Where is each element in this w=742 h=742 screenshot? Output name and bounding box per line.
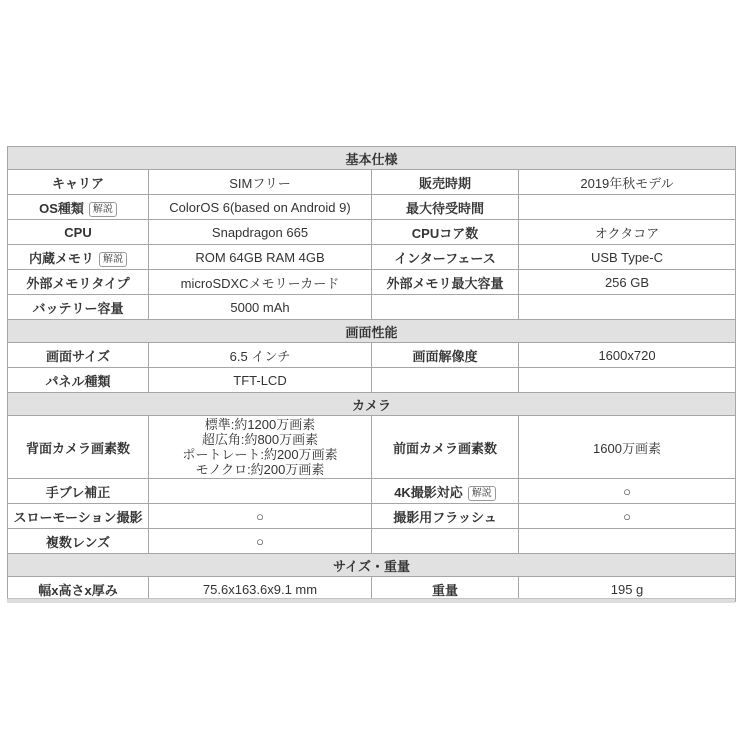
spec-value-empty <box>519 368 736 393</box>
spec-label-battery: バッテリー容量 <box>8 295 149 320</box>
spec-label-stabilization: 手ブレ補正 <box>8 479 149 504</box>
spec-label-empty <box>372 368 519 393</box>
spec-value-empty <box>519 295 736 320</box>
help-button-os[interactable]: 解説 <box>89 202 117 217</box>
spec-value-screen-size: 6.5 インチ <box>149 343 372 368</box>
spec-label-memory-text: 内蔵メモリ <box>29 251 94 266</box>
table-row: 複数レンズ ○ <box>8 529 736 554</box>
section-header-row: 基本仕様 <box>8 147 736 170</box>
spec-value-4k: ○ <box>519 479 736 504</box>
table-row: パネル種類 TFT-LCD <box>8 368 736 393</box>
spec-label-front-camera: 前面カメラ画素数 <box>372 416 519 479</box>
spec-value-resolution: 1600x720 <box>519 343 736 368</box>
spec-label-standby: 最大待受時間 <box>372 195 519 220</box>
spec-label-ext-memory-type: 外部メモリタイプ <box>8 270 149 295</box>
spec-table: 基本仕様 キャリア SIMフリー 販売時期 2019年秋モデル OS種類解説 C… <box>7 146 736 602</box>
spec-label-os-text: OS種類 <box>39 201 84 216</box>
spec-label-4k: 4K撮影対応解説 <box>372 479 519 504</box>
spec-value-stabilization <box>149 479 372 504</box>
spec-label-os: OS種類解説 <box>8 195 149 220</box>
spec-label-flash: 撮影用フラッシュ <box>372 504 519 529</box>
spec-label-empty <box>372 295 519 320</box>
spec-value-cpu-cores: オクタコア <box>519 220 736 245</box>
table-row: OS種類解説 ColorOS 6(based on Android 9) 最大待… <box>8 195 736 220</box>
spec-value-slow-motion: ○ <box>149 504 372 529</box>
spec-label-4k-text: 4K撮影対応 <box>394 485 463 500</box>
spec-label-ext-memory-max: 外部メモリ最大容量 <box>372 270 519 295</box>
spec-value-ext-memory-type: microSDXCメモリーカード <box>149 270 372 295</box>
spec-label-memory: 内蔵メモリ解説 <box>8 245 149 270</box>
section-header-display: 画面性能 <box>8 320 736 343</box>
spec-label-screen-size: 画面サイズ <box>8 343 149 368</box>
spec-label-cpu: CPU <box>8 220 149 245</box>
spec-value-front-camera: 1600万画素 <box>519 416 736 479</box>
spec-value-multi-lens: ○ <box>149 529 372 554</box>
spec-label-interface: インターフェース <box>372 245 519 270</box>
spec-value-battery: 5000 mAh <box>149 295 372 320</box>
spec-value-carrier: SIMフリー <box>149 170 372 195</box>
spec-label-carrier: キャリア <box>8 170 149 195</box>
spec-label-multi-lens: 複数レンズ <box>8 529 149 554</box>
table-row: 外部メモリタイプ microSDXCメモリーカード 外部メモリ最大容量 256 … <box>8 270 736 295</box>
spec-label-slow-motion: スローモーション撮影 <box>8 504 149 529</box>
spec-value-cpu: Snapdragon 665 <box>149 220 372 245</box>
section-header-basic: 基本仕様 <box>8 147 736 170</box>
help-button-4k[interactable]: 解説 <box>468 486 496 501</box>
spec-label-resolution: 画面解像度 <box>372 343 519 368</box>
table-row: 手ブレ補正 4K撮影対応解説 ○ <box>8 479 736 504</box>
page: 基本仕様 キャリア SIMフリー 販売時期 2019年秋モデル OS種類解説 C… <box>0 0 742 742</box>
spec-value-standby <box>519 195 736 220</box>
spec-label-cpu-cores: CPUコア数 <box>372 220 519 245</box>
table-bottom-bar <box>7 598 735 603</box>
spec-label-release: 販売時期 <box>372 170 519 195</box>
table-row: 画面サイズ 6.5 インチ 画面解像度 1600x720 <box>8 343 736 368</box>
spec-value-memory: ROM 64GB RAM 4GB <box>149 245 372 270</box>
section-header-size: サイズ・重量 <box>8 554 736 577</box>
table-row: バッテリー容量 5000 mAh <box>8 295 736 320</box>
spec-value-release: 2019年秋モデル <box>519 170 736 195</box>
section-header-row: カメラ <box>8 393 736 416</box>
section-header-row: 画面性能 <box>8 320 736 343</box>
table-row: CPU Snapdragon 665 CPUコア数 オクタコア <box>8 220 736 245</box>
spec-value-interface: USB Type-C <box>519 245 736 270</box>
section-header-row: サイズ・重量 <box>8 554 736 577</box>
table-row: キャリア SIMフリー 販売時期 2019年秋モデル <box>8 170 736 195</box>
help-button-memory[interactable]: 解説 <box>99 252 127 267</box>
table-row: 背面カメラ画素数 標準:約1200万画素 超広角:約800万画素 ポートレート:… <box>8 416 736 479</box>
spec-value-empty <box>519 529 736 554</box>
spec-label-panel-type: パネル種類 <box>8 368 149 393</box>
table-row: スローモーション撮影 ○ 撮影用フラッシュ ○ <box>8 504 736 529</box>
spec-label-empty <box>372 529 519 554</box>
spec-label-rear-camera: 背面カメラ画素数 <box>8 416 149 479</box>
spec-value-rear-camera: 標準:約1200万画素 超広角:約800万画素 ポートレート:約200万画素 モ… <box>149 416 372 479</box>
table-row: 内蔵メモリ解説 ROM 64GB RAM 4GB インターフェース USB Ty… <box>8 245 736 270</box>
spec-value-flash: ○ <box>519 504 736 529</box>
spec-value-panel-type: TFT-LCD <box>149 368 372 393</box>
section-header-camera: カメラ <box>8 393 736 416</box>
spec-value-os: ColorOS 6(based on Android 9) <box>149 195 372 220</box>
spec-value-ext-memory-max: 256 GB <box>519 270 736 295</box>
